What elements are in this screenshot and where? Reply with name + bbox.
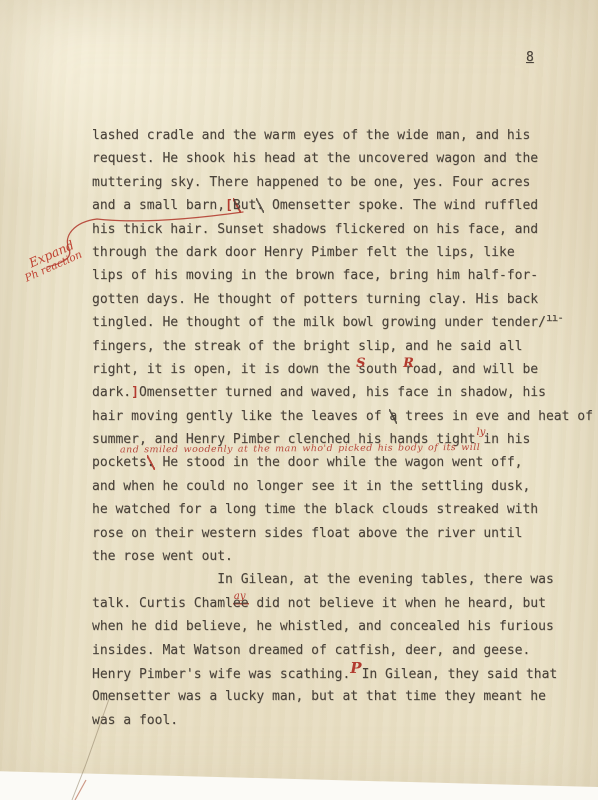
typed-line: In Gilean, at the evening tables, there … (92, 568, 598, 591)
typed-line: dark.]Omensetter turned and waved, his f… (92, 381, 598, 404)
red-bracket-mark: [ (225, 198, 233, 213)
typed-line: insides. Mat Watson dreamed of catfish, … (92, 639, 598, 662)
typed-text: pockets (92, 455, 147, 470)
typed-line: right, it is open, it is down the sSouth… (92, 358, 598, 381)
typed-line: gotten days. He thought of potters turni… (92, 288, 598, 311)
typed-line: talk. Curtis Chamleeay did not believe i… (92, 592, 598, 615)
typed-text: right, it is open, it is down the (92, 362, 358, 377)
page-number: 8 (526, 50, 534, 65)
typed-text: tingled. He thought of the milk bowl gro… (92, 315, 546, 330)
raised-insert-mark: ıı- (546, 311, 563, 324)
capitalization-correction: S (356, 352, 365, 375)
typed-text: rR (405, 362, 413, 377)
typed-text: Omensetter spoke. The wind ruffled (264, 198, 538, 213)
typed-line: through the dark door Henry Pimber felt … (92, 241, 598, 264)
typed-text: insides. Mat Watson dreamed of catfish, … (92, 643, 530, 658)
typed-text: sS (358, 362, 366, 377)
typed-line: when he did believe, he whistled, and co… (92, 615, 598, 638)
typed-text: lashed cradle and the warm eyes of the w… (92, 128, 530, 143)
typed-text: trees in eve and heat of (397, 409, 593, 424)
typed-line: was a fool. (92, 709, 598, 732)
typed-text: and a small barn, (92, 198, 225, 213)
manuscript-page: 8 lashed cradle and the warm eyes of the… (0, 0, 598, 800)
typed-text: he watched for a long time the black clo… (92, 502, 538, 517)
typed-text: In Gilean, at the evening tables, there … (92, 572, 554, 587)
struck-character: . (147, 455, 155, 470)
typed-text: lips of his moving in the brown face, br… (92, 268, 538, 283)
typed-text: hair moving gently like the leaves of (92, 409, 389, 424)
typed-text: and when he could no longer see it in th… (92, 479, 530, 494)
typed-line: lips of his moving in the brown face, br… (92, 264, 598, 287)
typed-text: Henry Pimber's wife was scathing. (92, 667, 350, 682)
paragraph-mark: P (350, 659, 361, 677)
typed-line: the rose went out. (92, 545, 598, 568)
typed-line: hair moving gently like the leaves of a … (92, 405, 598, 428)
typed-text: dark. (92, 385, 131, 400)
red-bracket-mark: ] (131, 385, 139, 400)
typed-text: He stood in the door while the wagon wen… (155, 455, 523, 470)
typed-text: did not believe it when he heard, but (249, 596, 546, 611)
typed-text: fingers, the streak of the bright slip, … (92, 339, 522, 354)
typed-text: rose on their western sides float above … (92, 526, 522, 541)
typed-line: request. He shook his head at the uncove… (92, 147, 598, 170)
typed-text-block: lashed cradle and the warm eyes of the w… (92, 124, 598, 732)
typed-line: tingled. He thought of the milk bowl gro… (92, 311, 598, 334)
page-bottom-edge (0, 764, 598, 800)
typed-text: the rose went out. (92, 549, 233, 564)
capitalization-correction: R (403, 352, 414, 375)
typed-line: and a small barn,[But. Omensetter spoke.… (92, 194, 598, 217)
typed-text: through the dark door Henry Pimber felt … (92, 245, 515, 260)
typed-text: Omensetter turned and waved, his face in… (139, 385, 546, 400)
typed-text: talk. Curtis Chaml (92, 596, 233, 611)
typed-line: Henry Pimber's wife was scathing.PIn Gil… (92, 662, 598, 685)
typed-text: his thick hair. Sunset shadows flickered… (92, 222, 538, 237)
typed-line: and when he could no longer see it in th… (92, 475, 598, 498)
typed-text: oad, and will be (413, 362, 538, 377)
struck-character: B (233, 198, 241, 213)
insertion-above-line: ly (477, 421, 486, 444)
typed-text: Omensetter was a lucky man, but at that … (92, 689, 546, 704)
typed-text: ut (241, 198, 257, 213)
insertion-above-line: ay (234, 585, 246, 608)
typed-line: he watched for a long time the black clo… (92, 498, 598, 521)
typed-line: muttering sky. There happened to be one,… (92, 171, 598, 194)
typed-text: when he did believe, he whistled, and co… (92, 619, 554, 634)
typed-text: gotten days. He thought of potters turni… (92, 292, 538, 307)
typed-line: fingers, the streak of the bright slip, … (92, 335, 598, 358)
red-struck-text: eeay (233, 596, 249, 611)
typed-line: pockets. He stood in the door while the … (92, 451, 598, 474)
typed-line: rose on their western sides float above … (92, 522, 598, 545)
typed-text: was a fool. (92, 713, 178, 728)
typed-line: his thick hair. Sunset shadows flickered… (92, 218, 598, 241)
typed-line: lashed cradle and the warm eyes of the w… (92, 124, 598, 147)
margin-note: Expand Ph reaction (27, 237, 84, 282)
typed-line: Omensetter was a lucky man, but at that … (92, 685, 598, 708)
typed-text: In Gilean, they said that (362, 667, 558, 682)
typed-text: muttering sky. There happened to be one,… (92, 175, 530, 190)
typed-text: request. He shook his head at the uncove… (92, 151, 538, 166)
typed-text: outh (366, 362, 405, 377)
